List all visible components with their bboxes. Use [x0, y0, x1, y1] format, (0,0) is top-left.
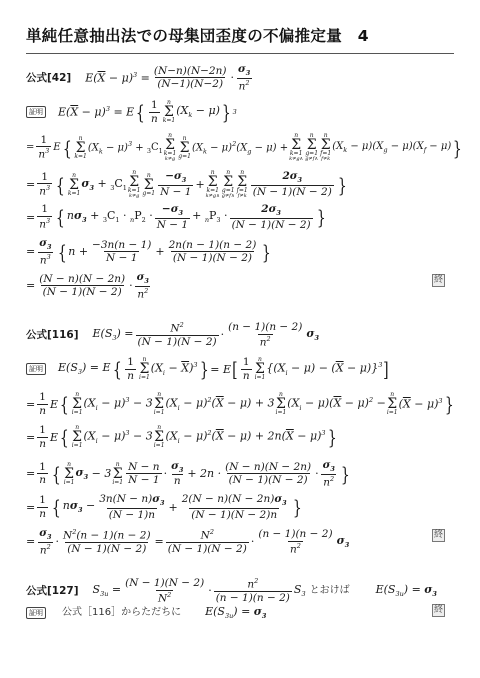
fraction: (N−n)(N−2n)(N−1)(N−2) [152, 66, 229, 90]
proof-42-line-4: = 1n3 { nσ3 + 3C1 · nP2 · −σ3N − 1 + nP3… [26, 204, 327, 230]
proof-116-line-2: = 1n E{ nΣi=1 (Xi − μ)3 − 3 nΣi=1 (Xi − … [26, 392, 455, 416]
connector-text: とおけば [310, 586, 350, 596]
page-title: 単純任意抽出法での母集団歪度の不偏推定量 4 [26, 24, 369, 46]
end-of-proof-mark: 終 [432, 274, 445, 287]
formula-label: 公式[127] [26, 586, 79, 597]
title-divider [26, 53, 454, 54]
proof-42-line-1: 証明 E(X − μ)3 = E { 1n nΣk=1 (Xk − μ) }3 [26, 100, 237, 124]
formula-116: 公式[116] E(S3) = N2(N − 1)(N − 2) · (n − … [26, 322, 319, 348]
formula-127: 公式[127] S3u = (N − 1)(N − 2)N2 · n2(n − … [26, 578, 437, 604]
proof-42-line-3: = 1n3 { nΣk=1 σ3 + 3C1 nΣk=1k≠g nΣg=1 −σ… [26, 170, 349, 199]
proof-116-line-4: = 1n { nΣi=1 σ3 − 3 nΣi=1 N − nN − 1 · σ… [26, 460, 352, 488]
proof-42-line-5: = σ3n3 { n + −3n(n − 1)N − 1 + 2n(n − 1)… [26, 238, 273, 266]
end-of-proof-mark: 終 [432, 604, 445, 617]
proof-116-line-3: = 1n E{ nΣi=1 (Xi − μ)3 − 3 nΣi=1 (Xi − … [26, 425, 338, 449]
proof-badge: 証明 [26, 106, 46, 118]
proof-42-line-6: = (N − n)(N − 2n)(N − 1)(N − 2) · σ3n2 [26, 272, 153, 300]
proof-116-line-5: = 1n { nσ3 − 3n(N − n)σ3(N − 1)n + 2(N −… [26, 494, 303, 520]
end-of-proof-mark: 終 [432, 529, 445, 542]
proof-badge: 証明 [26, 607, 46, 619]
proof-badge: 証明 [26, 363, 46, 375]
fraction: σ3n2 [236, 64, 252, 92]
proof-116-line-1: 証明 E(S3) = E { 1n nΣi=1 (Xi − X)3 } = E … [26, 357, 390, 381]
formula-42: 公式[42] E(X − μ)3 = (N−n)(N−2n)(N−1)(N−2)… [26, 64, 254, 92]
proof-116-line-6: = σ3n2 · N2(n − 1)(n − 2)(N − 1)(N − 2) … [26, 528, 349, 556]
proof-127: 証明 公式［116］からただちに E(S3u) = σ3 [26, 606, 266, 620]
proof-text: 公式［116］からただちに [62, 608, 181, 618]
formula-label: 公式[42] [26, 73, 71, 84]
formula-label: 公式[116] [26, 330, 79, 341]
formula-lhs: E(X − μ)3 = [85, 72, 150, 84]
proof-42-line-2: = 1n3 E{ nΣk=1 (Xk − μ)3 + 3C1 nΣk=1k≠g … [26, 133, 464, 162]
